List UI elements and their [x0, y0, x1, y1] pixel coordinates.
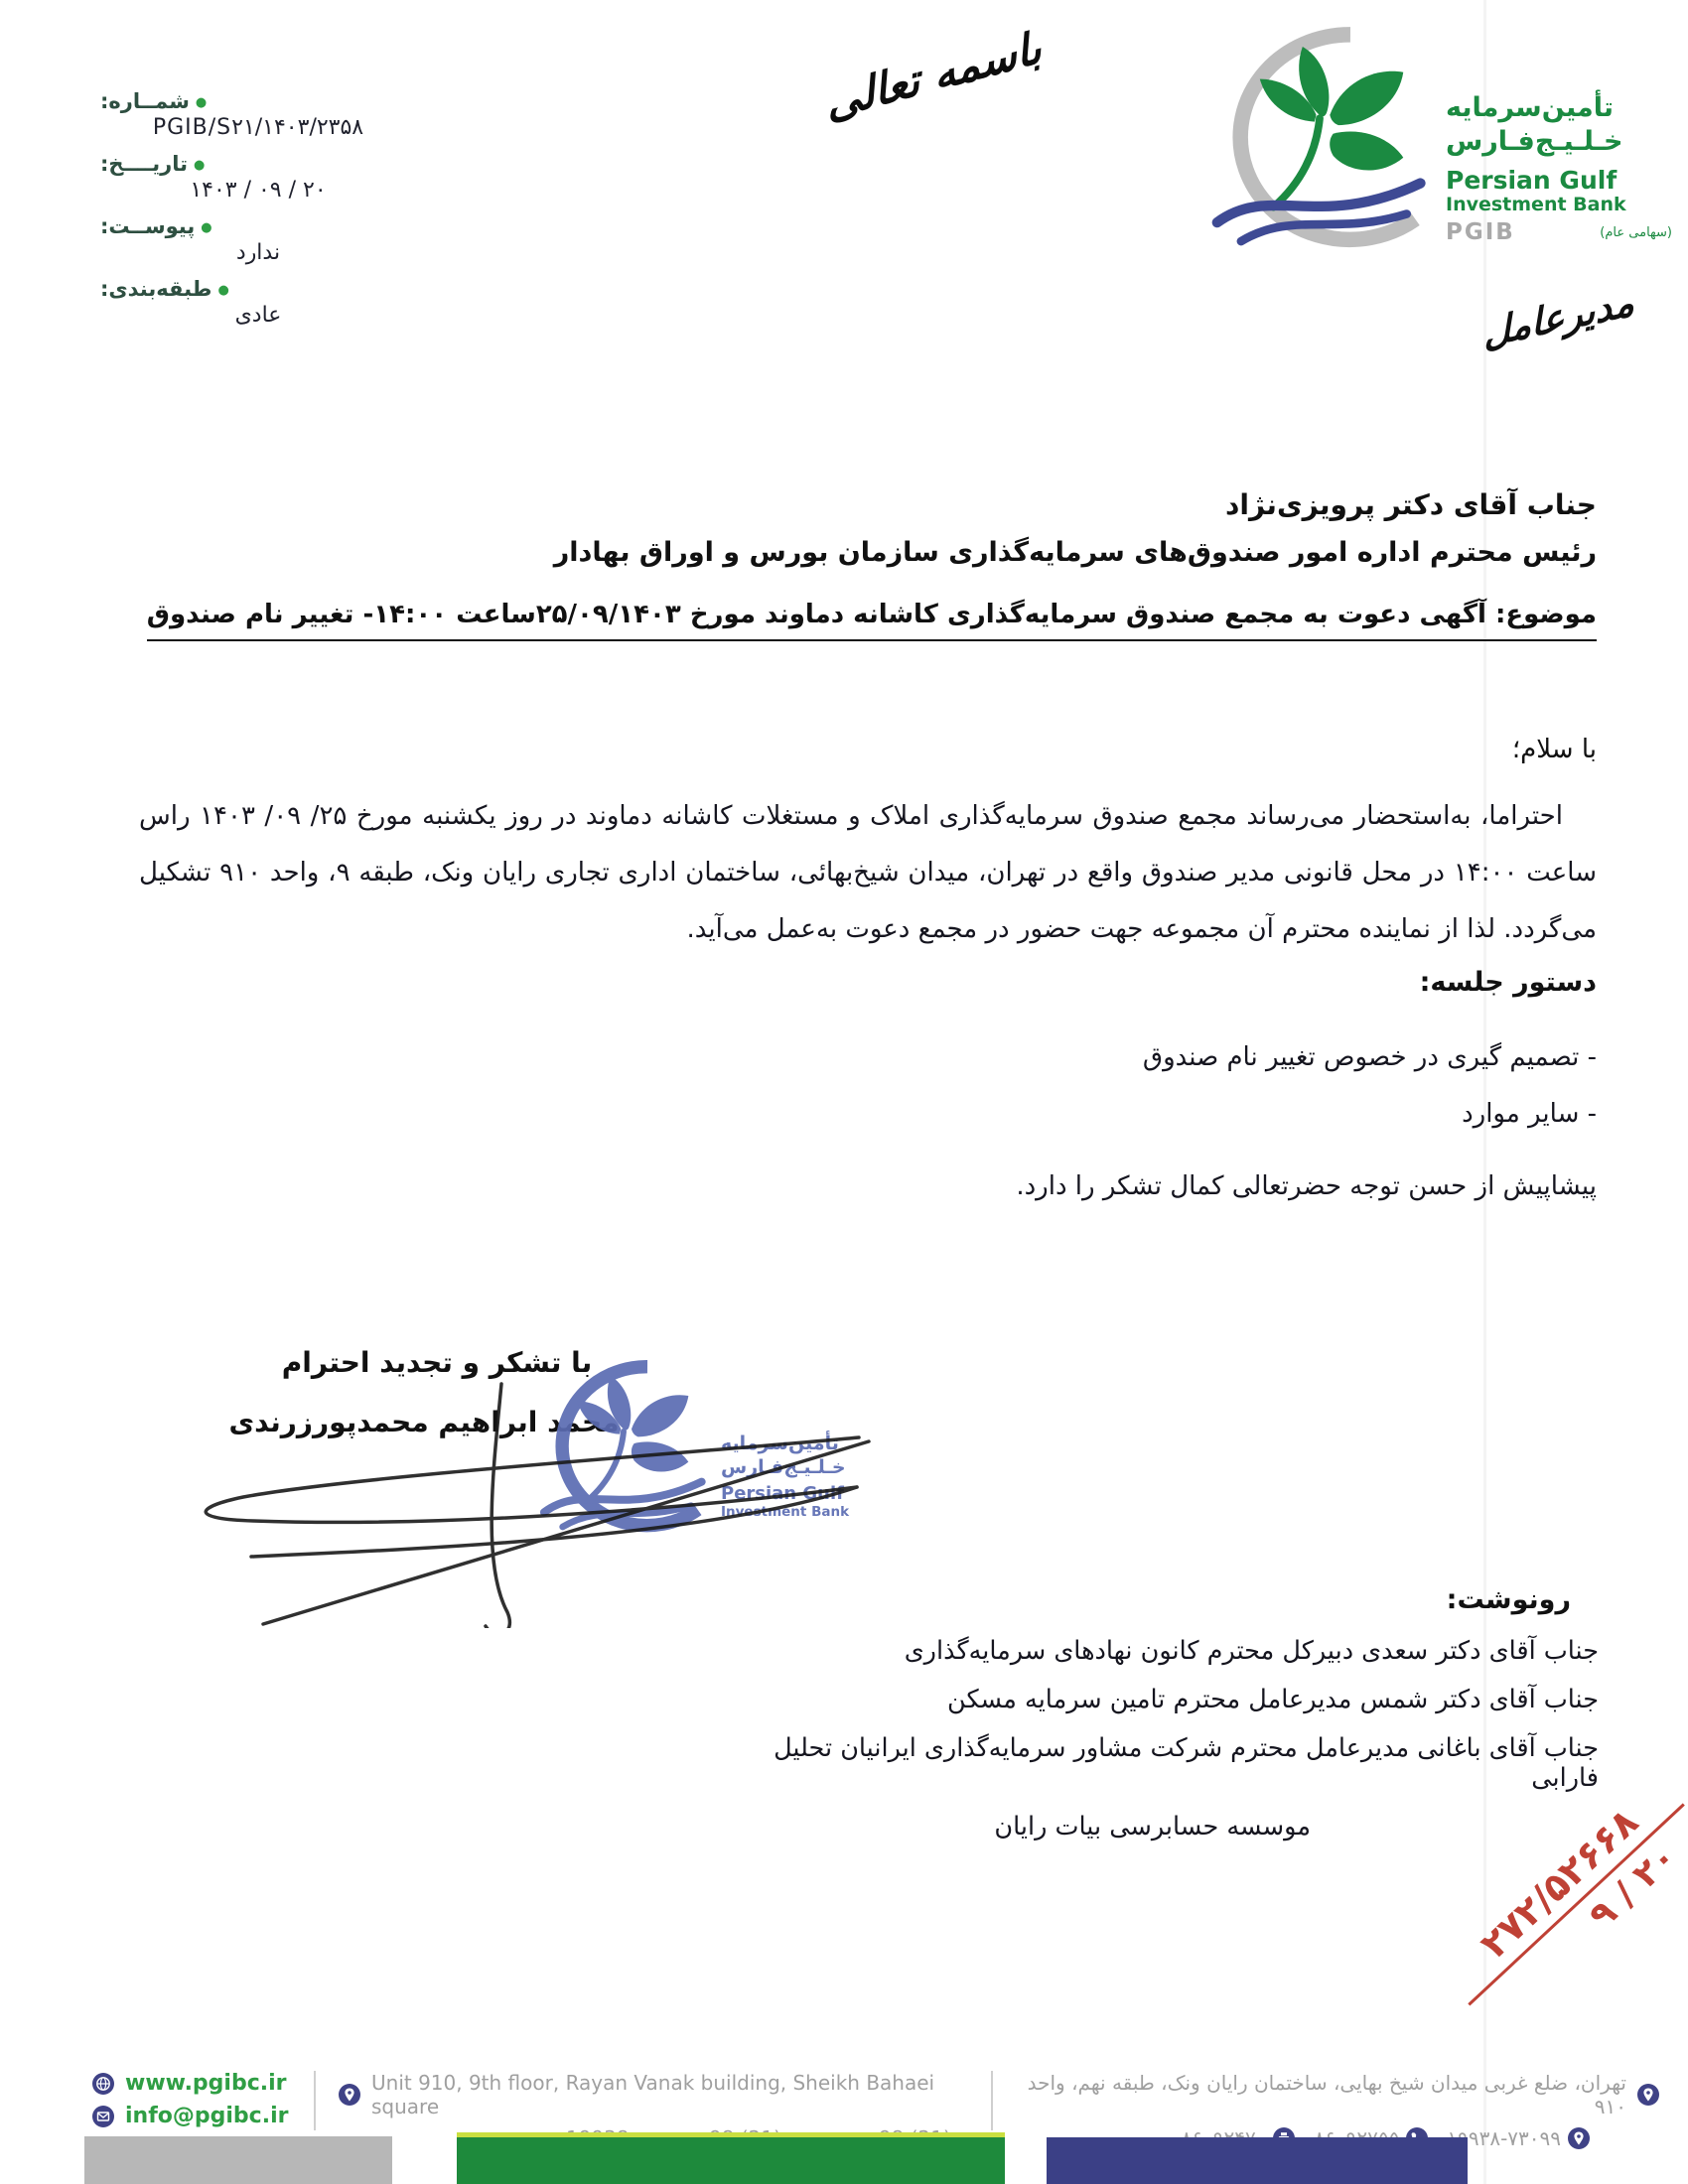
bullet-icon: ● [196, 95, 207, 110]
field-date-label: ●تاریــــخ: [94, 152, 422, 176]
recipient-title: رئیس محترم اداره امور صندوق‌های سرمایه‌گ… [554, 537, 1597, 568]
mail-icon [91, 2105, 115, 2128]
logo-en-line1: Persian Gulf [1446, 167, 1672, 194]
logo-fa-line2: خـلـیـج‌فـارس [1446, 125, 1672, 159]
cc-item: جناب آقای دکتر سعدی دبیرکل محترم کانون ن… [705, 1636, 1599, 1666]
footer-email[interactable]: info@pgibc.ir [125, 2104, 288, 2128]
footer-strip-navy [1047, 2137, 1468, 2184]
agenda-heading: دستور جلسه: [1420, 967, 1597, 998]
footer-divider [991, 2071, 993, 2130]
bullet-icon: ● [201, 220, 211, 235]
footer-web-email: www.pgibc.ir info@pgibc.ir [91, 2071, 288, 2136]
location-pin-icon [1567, 2126, 1591, 2150]
logo-company-type: (سهامی عام) [1600, 225, 1672, 240]
logo-abbr: PGIB [1446, 219, 1515, 245]
pgib-emblem-icon [1192, 10, 1448, 278]
agenda-list: - تصمیم گیری در خصوص تغییر نام صندوق - س… [1143, 1042, 1597, 1156]
location-pin-icon [338, 2083, 361, 2107]
field-attachment-value: ندارد [94, 240, 422, 265]
agenda-item: - تصمیم گیری در خصوص تغییر نام صندوق [1143, 1042, 1597, 1072]
logo-en-line2: Investment Bank [1446, 194, 1672, 215]
field-attachment-label: ●پیوســت: [94, 214, 422, 238]
subject-line: موضوع: آگهی دعوت به مجمع صندوق سرمایه‌گذ… [147, 600, 1597, 641]
field-number-value: PGIB/S۲۱/۱۴۰۳/۲۳۵۸ [94, 115, 422, 140]
globe-icon [91, 2072, 115, 2096]
field-classification-value: عادی [94, 303, 422, 328]
besmellah-calligraphy: باسمه تعالی [770, 16, 1097, 135]
footer-divider [314, 2071, 316, 2130]
field-date-value: ۱۴۰۳ / ۰۹ / ۲۰ [94, 178, 422, 203]
handwritten-signature [174, 1380, 879, 1628]
footer-address-en-text: Unit 910, 9th floor, Rayan Vanak buildin… [371, 2071, 988, 2118]
body-paragraph: احتراما، به‌استحضار می‌رساند مجمع صندوق … [139, 788, 1597, 959]
field-classification-label: ●طبقه‌بندی: [94, 277, 422, 301]
letterhead-meta: ●شمــاره: PGIB/S۲۱/۱۴۰۳/۲۳۵۸ ●تاریــــخ:… [94, 89, 422, 340]
footer-strip-gray [84, 2136, 392, 2184]
letter-page: ●شمــاره: PGIB/S۲۱/۱۴۰۳/۲۳۵۸ ●تاریــــخ:… [0, 0, 1688, 2184]
bullet-icon: ● [194, 158, 205, 173]
location-pin-icon [1636, 2083, 1660, 2107]
cc-item: موسسه حسابرسی بیات رایان [705, 1812, 1311, 1842]
cc-heading: رونوشت: [1447, 1584, 1571, 1615]
salutation: با سلام؛ [1512, 735, 1597, 764]
logo-fa-line1: تأمین‌سرمایه [1446, 91, 1672, 125]
handwritten-managing-director: مدیرعامل [1481, 296, 1688, 340]
cc-list: جناب آقای دکتر سعدی دبیرکل محترم کانون ن… [705, 1636, 1599, 1860]
footer-address-fa-text: تهران، ضلع غربی میدان شیخ بهایی، ساختمان… [1005, 2071, 1626, 2118]
bullet-icon: ● [217, 283, 228, 298]
logo-text-block: تأمین‌سرمایه خـلـیـج‌فـارس Persian Gulf … [1446, 91, 1672, 245]
recipient-block: جناب آقای دکتر پرویزی‌نژاد رئیس محترم اد… [554, 488, 1597, 568]
cc-item: جناب آقای باغانی مدیرعامل محترم شرکت مشا… [705, 1733, 1599, 1793]
agenda-item: - سایر موارد [1143, 1099, 1597, 1129]
footer-website[interactable]: www.pgibc.ir [125, 2071, 287, 2096]
cc-item: جناب آقای دکتر شمس مدیرعامل محترم تامین … [705, 1685, 1599, 1714]
footer-strip-green [457, 2132, 1005, 2184]
closing-line: پیشاپیش از حسن توجه حضرتعالی کمال تشکر ر… [1016, 1171, 1597, 1201]
recipient-name: جناب آقای دکتر پرویزی‌نژاد [554, 488, 1597, 521]
pgib-logo: تأمین‌سرمایه خـلـیـج‌فـارس Persian Gulf … [1190, 6, 1686, 296]
field-number-label: ●شمــاره: [94, 89, 422, 113]
